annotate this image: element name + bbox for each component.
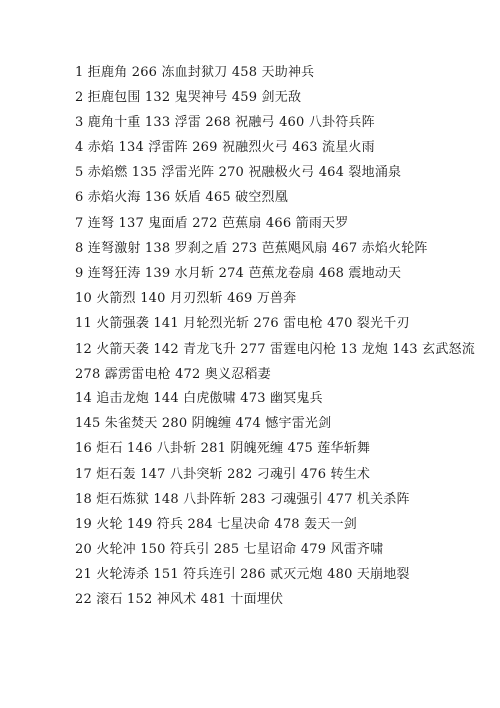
list-item: 17 炬石轰 147 八卦突斩 282 刁魂引 476 转生术: [75, 465, 485, 490]
list-item: 22 滚石 152 神风术 481 十面埋伏: [75, 590, 485, 615]
list-item-text: 5 赤焰燃 135 浮雷光阵 270 祝融极火弓 464 裂地涌泉: [75, 165, 401, 180]
list-item-text: 8 连弩激射 138 罗刹之盾 273 芭蕉飓风扇 467 赤焰火轮阵: [75, 241, 428, 256]
list-item-text: 3 鹿角十重 133 浮雷 268 祝融弓 460 八卦符兵阵: [75, 115, 375, 130]
list-item: 8 连弩激射 138 罗刹之盾 273 芭蕉飓风扇 467 赤焰火轮阵: [75, 239, 485, 264]
list-item-text: 14 追击龙炮 144 白虎傲啸 473 幽冥鬼兵: [75, 391, 323, 406]
list-item: 14 追击龙炮 144 白虎傲啸 473 幽冥鬼兵: [75, 389, 485, 414]
list-item-text: 21 火轮涛杀 151 符兵连引 286 贰灭元炮 480 天崩地裂: [75, 567, 410, 582]
list-item: 145 朱雀焚天 280 阴魄缠 474 憾宇雷光剑: [75, 414, 485, 439]
list-item: 20 火轮冲 150 符兵引 285 七星诏命 479 风雷齐啸: [75, 540, 485, 565]
list-item-text: 17 炬石轰 147 八卦突斩 282 刁魂引 476 转生术: [75, 467, 370, 482]
list-item-text: 7 连弩 137 鬼面盾 272 芭蕉扇 466 箭雨天罗: [75, 216, 348, 231]
list-item: 6 赤焰火海 136 妖盾 465 破空烈凰: [75, 188, 485, 213]
list-item: 4 赤焰 134 浮雷阵 269 祝融烈火弓 463 流星火雨: [75, 138, 485, 163]
list-item-wrapped: 12 火箭天袭 142 青龙飞升 277 雷霆电闪枪 13 龙炮 143 玄武怒…: [75, 337, 480, 387]
document-page: 1 拒鹿角 266 冻血封狱刀 458 天助神兵 2 拒鹿包围 132 鬼哭神号…: [0, 0, 500, 708]
list-item-text: 18 炬石炼狱 148 八卦阵斩 283 刁魂强引 477 机关杀阵: [75, 492, 410, 507]
list-item: 5 赤焰燃 135 浮雷光阵 270 祝融极火弓 464 裂地涌泉: [75, 163, 485, 188]
list-item: 18 炬石炼狱 148 八卦阵斩 283 刁魂强引 477 机关杀阵: [75, 490, 485, 515]
list-item-text: 16 炬石 146 八卦斩 281 阴魄死缠 475 莲华斩舞: [75, 441, 370, 456]
skill-list: 1 拒鹿角 266 冻血封狱刀 458 天助神兵 2 拒鹿包围 132 鬼哭神号…: [75, 63, 485, 615]
list-item: 1 拒鹿角 266 冻血封狱刀 458 天助神兵: [75, 63, 485, 88]
list-item-text: 6 赤焰火海 136 妖盾 465 破空烈凰: [75, 190, 288, 205]
list-item-text: 12 火箭天袭 142 青龙飞升 277 雷霆电闪枪 13 龙炮 143 玄武怒…: [75, 342, 475, 382]
list-item-text: 22 滚石 152 神风术 481 十面埋伏: [75, 592, 283, 607]
list-item-text: 19 火轮 149 符兵 284 七星决命 478 轰天一剑: [75, 517, 357, 532]
list-item-text: 9 连弩狂涛 139 水月斩 274 芭蕉龙卷扇 468 震地动天: [75, 266, 401, 281]
list-item-text: 11 火箭强袭 141 月轮烈光斩 276 雷电枪 470 裂光千刃: [75, 316, 410, 331]
list-item-text: 2 拒鹿包围 132 鬼哭神号 459 剑无敌: [75, 90, 301, 105]
list-item: 2 拒鹿包围 132 鬼哭神号 459 剑无敌: [75, 88, 485, 113]
list-item: 19 火轮 149 符兵 284 七星决命 478 轰天一剑: [75, 515, 485, 540]
list-item-text: 20 火轮冲 150 符兵引 285 七星诏命 479 风雷齐啸: [75, 542, 383, 557]
list-item: 3 鹿角十重 133 浮雷 268 祝融弓 460 八卦符兵阵: [75, 113, 485, 138]
list-item-text: 4 赤焰 134 浮雷阵 269 祝融烈火弓 463 流星火雨: [75, 140, 375, 155]
list-item: 21 火轮涛杀 151 符兵连引 286 贰灭元炮 480 天崩地裂: [75, 565, 485, 590]
list-item-text: 1 拒鹿角 266 冻血封狱刀 458 天助神兵: [75, 65, 314, 80]
list-item: 16 炬石 146 八卦斩 281 阴魄死缠 475 莲华斩舞: [75, 439, 485, 464]
list-item-text: 145 朱雀焚天 280 阴魄缠 474 憾宇雷光剑: [75, 416, 331, 431]
list-item: 9 连弩狂涛 139 水月斩 274 芭蕉龙卷扇 468 震地动天: [75, 264, 485, 289]
list-item: 11 火箭强袭 141 月轮烈光斩 276 雷电枪 470 裂光千刃: [75, 314, 485, 339]
list-item-text: 10 火箭烈 140 月刃烈斩 469 万兽奔: [75, 291, 296, 306]
list-item: 10 火箭烈 140 月刃烈斩 469 万兽奔: [75, 289, 485, 314]
list-item: 7 连弩 137 鬼面盾 272 芭蕉扇 466 箭雨天罗: [75, 214, 485, 239]
